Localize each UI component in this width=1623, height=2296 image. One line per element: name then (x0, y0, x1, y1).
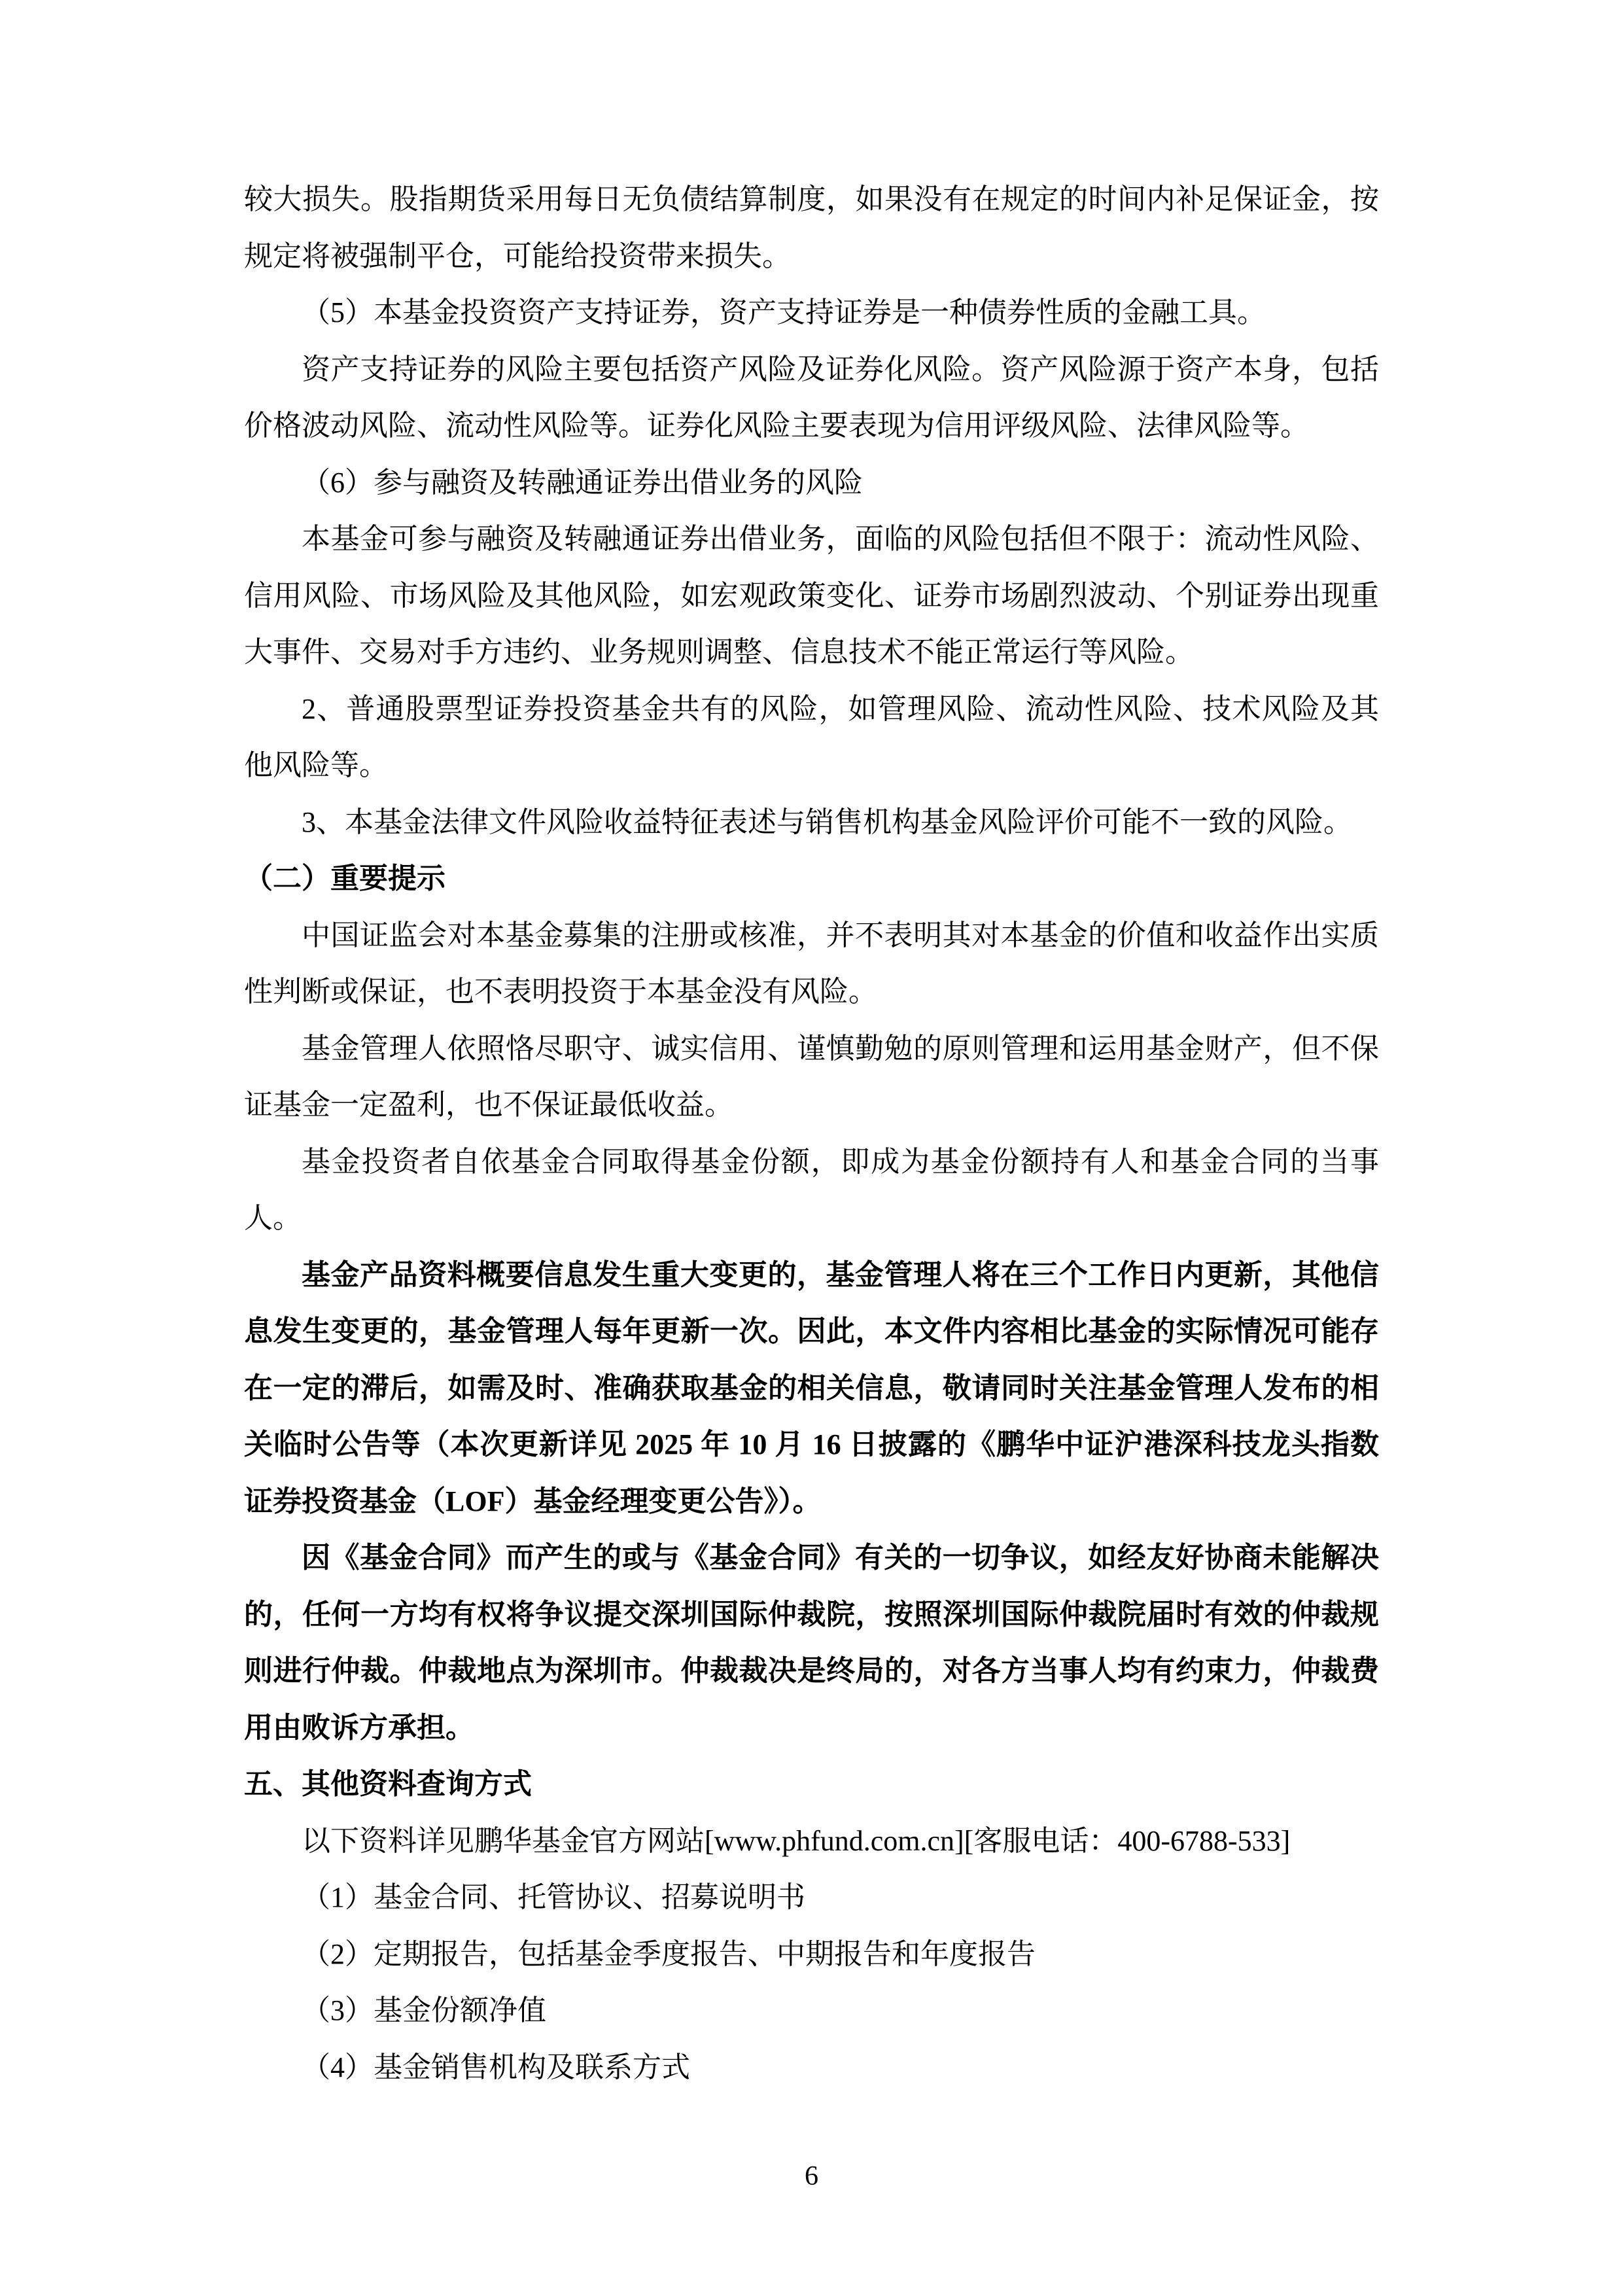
item-periodic-reports: （2）定期报告，包括基金季度报告、中期报告和年度报告 (244, 1926, 1379, 1983)
page-number: 6 (805, 2161, 818, 2191)
item-fund-contract-docs: （1）基金合同、托管协议、招募说明书 (244, 1869, 1379, 1926)
document-body: 较大损失。股指期货采用每日无负债结算制度，如果没有在规定的时间内补足保证金，按规… (244, 171, 1379, 2096)
para-futures-margin-risk: 较大损失。股指期货采用每日无负债结算制度，如果没有在规定的时间内补足保证金，按规… (244, 171, 1379, 285)
para-csrc-disclaimer: 中国证监会对本基金募集的注册或核准，并不表明其对本基金的价值和收益作出实质性判断… (244, 908, 1379, 1021)
para-securities-lending-risk: 本基金可参与融资及转融通证券出借业务，面临的风险包括但不限于：流动性风险、信用风… (244, 511, 1379, 681)
para-website-hotline: 以下资料详见鹏华基金官方网站[www.phfund.com.cn][客服电话：4… (244, 1813, 1379, 1870)
heading-other-info-access: 五、其他资料查询方式 (244, 1756, 1379, 1813)
para-update-policy: 基金产品资料概要信息发生重大变更的，基金管理人将在三个工作日内更新，其他信息发生… (244, 1247, 1379, 1530)
para-investor-contract: 基金投资者自依基金合同取得基金份额，即成为基金份额持有人和基金合同的当事人。 (244, 1134, 1379, 1247)
page-footer: 6 (0, 2157, 1623, 2196)
item-nav: （3）基金份额净值 (244, 1983, 1379, 2040)
item-sales-agencies: （4）基金销售机构及联系方式 (244, 2040, 1379, 2096)
para-risk-rating-inconsistency: 3、本基金法律文件风险收益特征表述与销售机构基金风险评价可能不一致的风险。 (244, 794, 1379, 851)
para-arbitration: 因《基金合同》而产生的或与《基金合同》有关的一切争议，如经友好协商未能解决的，任… (244, 1530, 1379, 1756)
para-abs-instrument: （5）本基金投资资产支持证券，资产支持证券是一种债券性质的金融工具。 (244, 285, 1379, 342)
heading-important-notice: （二）重要提示 (244, 851, 1379, 908)
para-securities-lending-title: （6）参与融资及转融通证券出借业务的风险 (244, 455, 1379, 512)
para-common-equity-fund-risk: 2、普通股票型证券投资基金共有的风险，如管理风险、流动性风险、技术风险及其他风险… (244, 681, 1379, 794)
para-manager-principles: 基金管理人依照恪尽职守、诚实信用、谨慎勤勉的原则管理和运用基金财产，但不保证基金… (244, 1021, 1379, 1134)
para-abs-risk: 资产支持证券的风险主要包括资产风险及证券化风险。资产风险源于资产本身，包括价格波… (244, 342, 1379, 455)
document-page: 较大损失。股指期货采用每日无负债结算制度，如果没有在规定的时间内补足保证金，按规… (0, 0, 1623, 2296)
